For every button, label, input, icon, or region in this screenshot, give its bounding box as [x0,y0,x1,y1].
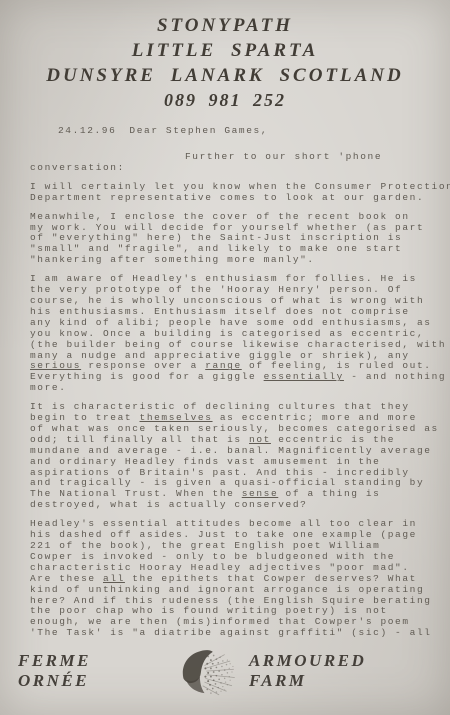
letter-page: STONYPATH LITTLE SPARTA DUNSYRE LANARK S… [0,0,450,715]
paragraph: I will certainly let you know when the C… [30,182,440,204]
letter-salutation: Dear Stephen Games, [129,125,268,136]
letterhead-line-1: STONYPATH [0,13,450,38]
date-salutation-line: 24.12.96Dear Stephen Games, [58,125,450,136]
paragraph: Further to our short 'phoneconversation: [30,152,440,174]
hedgehog-icon [177,644,243,705]
letter-date: 24.12.96 [58,125,116,136]
letter-body: Further to our short 'phoneconversation:… [30,152,440,639]
footer-ferme-ornee-label: FERME ORNÉE [18,651,171,691]
paragraph: Meanwhile, I enclose the cover of the re… [30,212,440,267]
letterhead-line-3: DUNSYRE LANARK SCOTLAND [0,63,450,88]
letterhead: STONYPATH LITTLE SPARTA DUNSYRE LANARK S… [0,0,450,112]
paragraph: It is characteristic of declining cultur… [30,402,440,511]
paragraph: I am aware of Headley's enthusiasm for f… [30,274,440,394]
letter-footer: FERME ORNÉE [0,640,450,701]
paragraph: Headley's essential attitudes become all… [30,519,440,639]
letterhead-phone: 089 981 252 [0,88,450,112]
letterhead-line-2: LITTLE SPARTA [0,38,450,63]
footer-armoured-farm-label: ARMOURED FARM [249,651,432,691]
